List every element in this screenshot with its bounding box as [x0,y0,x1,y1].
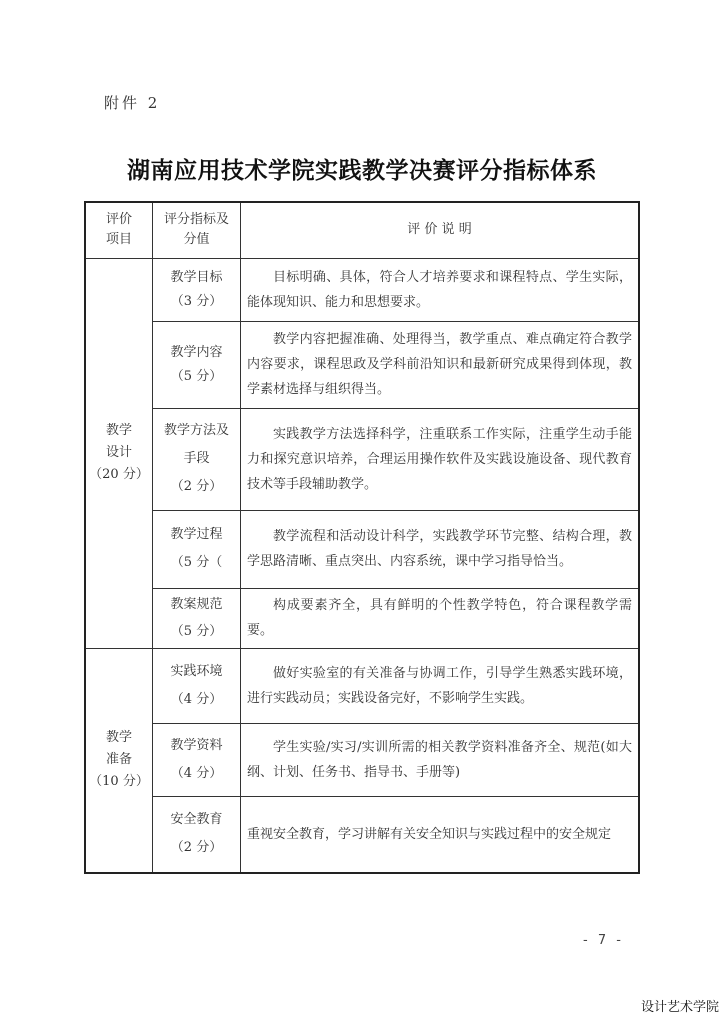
table-row: 教学资料 （4 分） 学生实验/实习/实训所需的相关教学资料准备齐全、规范(如大… [85,723,639,796]
page-number: - 7 - [583,933,624,948]
table-row: 教案规范 （5 分） 构成要素齐全，具有鲜明的个性教学特色，符合课程教学需要。 [85,588,639,648]
description-cell: 重视安全教育，学习讲解有关安全知识与实践过程中的安全规定 [241,796,640,873]
watermark-label: 设计艺术学院 [641,996,719,1015]
scoring-table: 评价 项目 评分指标及 分值 评 价 说 明 教学 设计 （20 分） 教学目标… [84,201,640,874]
table-row: 教学 准备 （10 分） 实践环境 （4 分） 做好实验室的有关准备与协调工作，… [85,648,639,723]
attachment-label: 附件 2 [104,92,160,113]
document-title: 湖南应用技术学院实践教学决赛评分指标体系 [0,152,724,185]
indicator-cell: 教学内容 （5 分） [153,321,241,408]
indicator-cell: 安全教育 （2 分） [153,796,241,873]
header-description: 评 价 说 明 [241,202,640,258]
indicator-cell: 教案规范 （5 分） [153,588,241,648]
table-row: 教学过程 （5 分（ 教学流程和活动设计科学，实践教学环节完整、结构合理，教学思… [85,510,639,588]
category-teaching-design: 教学 设计 （20 分） [85,258,153,648]
header-evaluation-item: 评价 项目 [85,202,153,258]
indicator-cell: 教学方法及 手段 （2 分） [153,408,241,510]
table-row: 教学 设计 （20 分） 教学目标 （3 分） 目标明确、具体，符合人才培养要求… [85,258,639,321]
table-header-row: 评价 项目 评分指标及 分值 评 价 说 明 [85,202,639,258]
description-cell: 教学内容把握准确、处理得当，教学重点、难点确定符合教学内容要求，课程思政及学科前… [241,321,640,408]
indicator-cell: 实践环境 （4 分） [153,648,241,723]
description-cell: 学生实验/实习/实训所需的相关教学资料准备齐全、规范(如大纲、计划、任务书、指导… [241,723,640,796]
indicator-cell: 教学过程 （5 分（ [153,510,241,588]
indicator-cell: 教学资料 （4 分） [153,723,241,796]
description-cell: 教学流程和活动设计科学，实践教学环节完整、结构合理，教学思路清晰、重点突出、内容… [241,510,640,588]
table-row: 教学方法及 手段 （2 分） 实践教学方法选择科学，注重联系工作实际，注重学生动… [85,408,639,510]
indicator-cell: 教学目标 （3 分） [153,258,241,321]
description-cell: 构成要素齐全，具有鲜明的个性教学特色，符合课程教学需要。 [241,588,640,648]
table-row: 教学内容 （5 分） 教学内容把握准确、处理得当，教学重点、难点确定符合教学内容… [85,321,639,408]
description-cell: 做好实验室的有关准备与协调工作，引导学生熟悉实践环境，进行实践动员；实践设备完好… [241,648,640,723]
category-teaching-preparation: 教学 准备 （10 分） [85,648,153,873]
description-cell: 实践教学方法选择科学，注重联系工作实际，注重学生动手能力和探究意识培养，合理运用… [241,408,640,510]
description-cell: 目标明确、具体，符合人才培养要求和课程特点、学生实际，能体现知识、能力和思想要求… [241,258,640,321]
table-row: 安全教育 （2 分） 重视安全教育，学习讲解有关安全知识与实践过程中的安全规定 [85,796,639,873]
header-indicator-score: 评分指标及 分值 [153,202,241,258]
